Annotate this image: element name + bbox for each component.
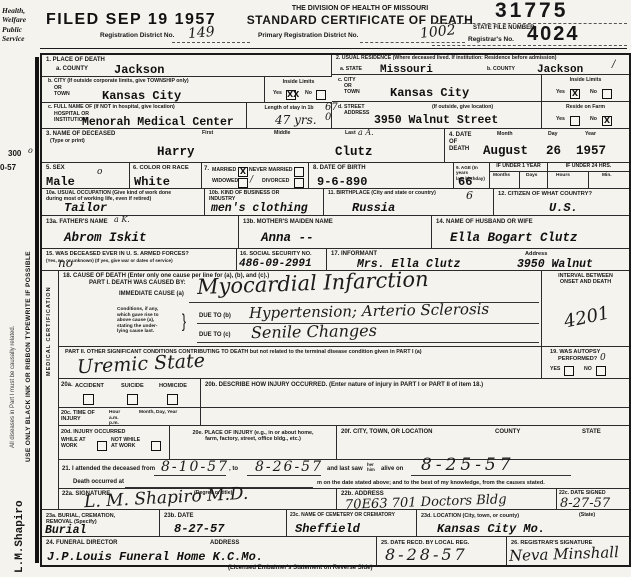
due-to-c-value: Senile Changes [251,323,377,341]
not-while-label: NOT WHILE AT WORK [111,438,140,450]
to-line [247,475,321,476]
sex-value: Male [46,176,75,188]
primary-district-label: Primary Registration District No. [258,33,358,40]
residence-county-label: b. COUNTY [487,67,515,73]
name-label-2: (Type or print) [50,139,85,145]
months-header: Months [493,173,510,179]
due-to-b-label: DUE TO (b) [199,313,231,320]
field-usual-residence: 2. USUAL RESIDENCE (Where deceased lived… [332,55,629,75]
ssn-label: 16. SOCIAL SECURITY NO. [240,251,312,257]
name-label: 3. NAME OF DECEASED [46,131,115,138]
reg-district-value: 149 [187,25,215,41]
birthplace-value: Russia [352,202,395,214]
funeral-director-value: J.P.Louis Funeral Home K.C.Mo. [47,551,263,563]
field-place-of-death: 1. PLACE OF DEATH a. COUNTY Jackson [42,55,332,77]
street-hint: (If outside, give location) [432,105,493,111]
autopsy-no-checkbox [596,366,606,376]
primary-district-value: 1002 [419,23,456,41]
inside-limits-label: Inside Limits [265,77,332,86]
autopsy-label-2: PERFORMED? [558,356,597,362]
last-header-annot: a A. [358,129,374,137]
cemetery-label: 23c. NAME OF CEMETERY OR CREMATORY [290,513,395,519]
registrar-no-label: Registrar's No. [468,37,514,44]
death-occurred-tail: m on the date stated above; and to the b… [317,480,545,486]
suicide-checkbox [127,394,138,405]
field-signature: 22a. SIGNATURE (Degree or title) L. M. S… [59,489,337,510]
to-word: , to [229,466,238,473]
field-registrar-signature: 26. REGISTRAR'S SIGNATURE Neva Minshall [507,537,629,565]
time-of-injury-label: 20c. TIME OF INJURY [61,410,95,422]
while-at-work-checkbox [97,441,107,451]
left-heavy-rule [35,57,39,563]
field-residence-city: c. CITY OR TOWN Kansas City [332,75,542,102]
inside-limits-yes-checkbox: XX [286,90,296,100]
field-ssn: 16. SOCIAL SECURITY NO. 486-09-2991 [237,249,327,271]
reg-district-label: Registration District No. [100,33,174,40]
due-to-b-value: Hypertension; Arterio Sclerosis [249,302,489,321]
divorced-checkbox [294,178,304,188]
autopsy-yes-checkbox [564,366,574,376]
farm-yes-label: Yes [556,117,565,123]
immediate-cause-label: IMMEDIATE CAUSE (a) [119,291,184,298]
field-name-of-deceased: 3. NAME OF DECEASED (Type or print) Firs… [42,129,445,163]
part1-label: PART I. DEATH WAS CAUSED BY: [89,280,186,287]
never-married-label: NEVER MARRIED [249,168,293,174]
due-to-c-line [197,342,539,343]
margin-code-annot: o [28,147,33,155]
month-header: Month [497,132,513,138]
dob-label: 8. DATE OF BIRTH [313,165,366,172]
field-interval: INTERVAL BETWEEN ONSET AND DEATH 4201 [542,271,629,347]
usual-residence-annot: / [612,60,615,70]
reverse-side-note: (Licensed Embalmer's Statement on Revers… [228,565,372,571]
age-value: 66 [458,176,472,188]
hospital-value: Menorah Medical Center [82,117,234,129]
length-of-stay-value: 47 yrs. [275,114,317,126]
days-header: Days [526,173,537,179]
widowed-label: WIDOWED [212,179,238,185]
death-occurred-label: Death occurred at [73,479,124,486]
year-header: Year [585,132,596,138]
industry-value: men's clothing [211,203,308,215]
field-occupation: 10a. USUAL OCCUPATION (Give kind of work… [42,189,205,216]
margin-diseases-note: All diseases in Part I must be causally … [10,248,16,448]
field-spouse-name: 14. NAME OF HUSBAND OR WIFE Ella Bogart … [432,216,629,249]
medical-certification-label: MEDICAL CERTIFICATION [47,272,53,376]
while-at-work-label: WHILE AT WORK [61,438,86,450]
burial-value: Burial [45,525,86,537]
field-inside-limits-2: Inside Limits Yes X No [542,75,629,102]
field-burial-date: 23b. DATE 8-27-57 [160,510,287,537]
farm-yes-checkbox [570,116,580,126]
last-seen-value: 8-25-57 [421,457,515,474]
burial-location-value: Kansas City Mo. [437,523,545,535]
field-injury-occurred: 20d. INJURY OCCURRED WHILE AT WORK NOT W… [59,426,170,460]
place-of-death-title: 1. PLACE OF DEATH [46,57,105,64]
state-file-number-stamp: 31775 [495,0,568,21]
inside-limits-2-label: Inside Limits [542,75,629,84]
part2-value: Uremic State [77,352,206,378]
accident-checkbox [83,394,94,405]
field-if-under-1-year: IF UNDER 1 YEAR Months Days [490,163,548,189]
marital-num: 7. [204,166,209,173]
day-header: Day [548,132,558,138]
field-time-of-injury: 20c. TIME OF INJURY Hour a.m. p.m. Month… [59,408,201,426]
field-accident-suicide-homicide: 20a. ACCIDENT SUICIDE HOMICIDE [59,379,201,408]
registrar-dashed-line [432,45,627,46]
injury-county-label: COUNTY [495,429,520,436]
father-label: 13a. FATHER'S NAME [46,219,108,226]
reg-district-dotted [172,42,250,43]
county-value: Jackson [114,64,164,76]
race-label: 6. COLOR OR RACE [133,165,189,172]
inside-limits-2-yes-checkbox: X [570,89,580,99]
mother-value: Anna -- [261,232,314,245]
field-date-received: 25. DATE RECD. BY LOCAL REG. 8-28-57 [377,537,507,565]
informant-address-value: 3950 Walnut [517,259,593,271]
attended-to: 8-26-57 [255,460,323,474]
city-label: b. CITY (If outside corporate limits, gi… [48,79,260,85]
sex-annot: o [97,168,102,177]
middle-header: Middle [274,131,290,137]
inside-limits-no-checkbox [316,90,326,100]
birthplace-annot: 6 [466,190,473,201]
occupation-value: Tailor [64,202,107,214]
field-age: 9. AGE (In years last birthday) 66 [454,163,490,189]
autopsy-no-label: NO [584,367,592,373]
spouse-value: Ella Bogart Clutz [450,232,578,245]
field-date-of-death: 4. DATE OF DEATH Month Day Year August 2… [445,129,629,163]
margin-code-300: 300 [8,150,21,158]
field-signer-address: 22b. ADDRESS 70E63 701 Doctors Bldg [337,489,557,510]
race-value: White [134,176,170,188]
last-seen-line [411,475,571,476]
date-of-death-label: 4. DATE OF DEATH [449,132,472,153]
describe-injury-label: 20b. DESCRIBE HOW INJURY OCCURRED. (Ente… [205,382,483,389]
field-injury-blank [201,408,629,426]
city-town: TOWN [54,92,70,98]
last-saw-label: and last saw [327,466,363,473]
injury-state-label: STATE [582,429,601,436]
margin-code-057: 0-57 [0,164,16,172]
inside-limits-yes-label: Yes [273,91,282,97]
burial-location-label: 23d. LOCATION (City, town, or county) [421,513,519,519]
medical-certification-strip: MEDICAL CERTIFICATION [42,271,59,510]
field-20a-num: 20a. [61,382,73,389]
under-1-year-divider [519,171,520,189]
reside-farm-label: Reside on Farm [542,102,629,111]
citizen-value: U.S. [549,202,578,214]
field-place-of-injury: 20e. PLACE OF INJURY (e.g., in or about … [170,426,337,460]
burial-date-label: 23b. DATE [164,513,194,520]
last-header: Last [345,131,356,137]
field-attended-statement: 21. I attended the deceased from 8-10-57… [59,460,629,489]
field-if-under-24-hrs: IF UNDER 24 HRS. Hours Min. [548,163,629,189]
funeral-director-label: 24. FUNERAL DIRECTOR [46,540,117,547]
length-of-stay-label: Length of stay in 1b [247,103,331,112]
citizen-label: 12. CITIZEN OF WHAT COUNTRY? [498,191,592,198]
field-hospital: c. FULL NAME OF (If NOT in hospital, giv… [42,103,247,129]
homicide-checkbox [167,394,178,405]
burial-date-value: 8-27-57 [174,523,224,535]
accident-label: ACCIDENT [75,383,104,389]
header-rule [40,48,627,49]
date-received-value: 8-28-57 [385,547,468,563]
suicide-label: SUICIDE [121,383,144,389]
first-name-value: Harry [157,146,195,159]
ssn-value: 486-09-2991 [239,259,312,270]
never-married-checkbox [294,167,304,177]
not-while-checkbox [151,441,161,451]
death-year-value: 1957 [576,145,606,158]
registrar-number-stamp: 4024 [527,24,580,44]
inside-limits-2-no-checkbox [602,89,612,99]
field-father-name: 13a. FATHER'S NAME a K. Abrom Iskit [42,216,239,249]
hours-header: Hours [556,173,570,179]
date-signed-value: 8-27-57 [560,497,610,510]
field-reside-on-farm: Reside on Farm Yes No X [542,102,629,129]
field-informant: 17. INFORMANT Address Mrs. Ella Clutz 39… [327,249,629,271]
widowed-checkbox [238,178,248,188]
death-day-value: 26 [546,145,561,158]
field-city-of-death: b. CITY (If outside corporate limits, gi… [42,77,265,103]
farm-no-checkbox: X [602,116,612,126]
field-burial-location: 23d. LOCATION (City, town, or county) (S… [417,510,629,537]
field-inside-limits-1: Inside Limits Yes XX No [265,77,332,103]
informant-address-label: Address [525,251,547,257]
autopsy-label: 19. WAS AUTOPSY [550,349,600,355]
field-autopsy: 19. WAS AUTOPSY PERFORMED? 0 YES NO [542,347,629,379]
conditions-note: Conditions, if any, which gave rise to a… [117,307,159,335]
attended-from: 8-10-57 [161,460,229,474]
field-date-of-birth: 8. DATE OF BIRTH 9-6-890 [309,163,454,189]
city-value: Kansas City [102,90,181,102]
farm-no-label: No [590,117,597,123]
funeral-address-label: ADDRESS [210,540,239,547]
residence-city-value: Kansas City [390,87,469,99]
street-annotation: 67 0 [325,103,338,123]
field-color-or-race: 6. COLOR OR RACE White [130,163,202,189]
mdy-label: Month, Day, Year [139,410,177,416]
field-street-address: d. STREET ADDRESS (If outside, give loca… [332,102,542,129]
informant-label: 17. INFORMANT [331,251,377,258]
alive-on-label: alive on [381,466,403,473]
armed-forces-label-2: (Yes, no, or unknown) (If yes, give war … [46,258,232,263]
field-funeral-director: 24. FUNERAL DIRECTOR ADDRESS J.P.Louis F… [42,537,377,565]
injury-occurred-label: 20d. INJURY OCCURRED [61,429,125,435]
sex-label: 5. SEX [46,165,65,172]
margin-ink-instruction: USE ONLY BLACK INK OR RIBBON TYPEWRITE I… [26,230,33,462]
last-name-value: Clutz [335,146,373,159]
division-line: THE DIVISION OF HEALTH OF MISSOURI [235,5,485,12]
father-label-annot: a K. [114,216,130,224]
field-citizen: 12. CITIZEN OF WHAT COUNTRY? U.S. [494,189,629,216]
residence-city-town: TOWN [344,90,360,96]
widowed-annot: / [250,176,253,185]
margin-agency-text: Health, Welfare Public Service [2,6,26,44]
injury-city-label: 20f. CITY, TOWN, OR LOCATION [341,429,432,436]
field-burial: 23a. BURIAL, CREMATION, REMOVAL (Specify… [42,510,160,537]
from-line [154,475,226,476]
divorced-label: DIVORCED [262,179,289,185]
birthplace-label: 11. BIRTHPLACE (City and state or countr… [328,191,436,197]
under-24-divider [588,171,589,189]
conditions-brace: } [182,311,186,332]
place-of-injury-label: 20e. PLACE OF INJURY (e.g., in or about … [174,430,332,442]
certificate-form: 1. PLACE OF DEATH a. COUNTY Jackson b. C… [40,53,631,567]
street-label-2: ADDRESS [344,111,369,117]
field-mother-name: 13b. MOTHER'S MAIDEN NAME Anna -- [239,216,432,249]
field-cemetery: 23c. NAME OF CEMETERY OR CREMATORY Sheff… [287,510,417,537]
autopsy-annot: 0 [600,354,606,363]
interval-label: INTERVAL BETWEEN ONSET AND DEATH [542,271,629,285]
field-marital-status: 7. MARRIED X NEVER MARRIED WIDOWED / DIV… [202,163,309,189]
armed-forces-value: no [58,257,73,269]
field-birthplace: 11. BIRTHPLACE (City and state or countr… [324,189,494,216]
first-header: First [202,131,213,137]
inside-limits-2-no-label: No [590,90,597,96]
min-header: Min. [602,173,612,179]
mother-label: 13b. MOTHER'S MAIDEN NAME [243,219,333,226]
street-value: 3950 Walnut Street [374,115,498,127]
spouse-label: 14. NAME OF HUSBAND OR WIFE [436,219,533,226]
death-month-value: August [483,145,528,158]
field-part2-conditions: PART II. OTHER SIGNIFICANT CONDITIONS CO… [59,347,542,379]
field-industry: 10b. KIND OF BUSINESS OR INDUSTRY men's … [205,189,324,216]
field-armed-forces: 15. WAS DECEASED EVER IN U. S. ARMED FOR… [42,249,237,271]
registrar-signature-value: Neva Minshall [509,545,619,564]
field-length-of-stay: Length of stay in 1b 47 yrs. [247,103,332,129]
field-date-signed: 22c. DATE SIGNED 8-27-57 [557,489,629,510]
death-certificate-scan: Health, Welfare Public Service 300 o 0-5… [0,0,631,577]
due-to-c-label: DUE TO (c) [199,332,231,339]
certificate-title: STANDARD CERTIFICATE OF DEATH [215,14,505,26]
father-value: Abrom Iskit [64,232,147,245]
margin-doctor-name-vertical: L.M.Shapiro [15,455,26,573]
autopsy-yes-label: YES [550,367,560,373]
married-label: MARRIED [212,168,236,174]
primary-district-dotted [360,42,465,43]
cemetery-value: Sheffield [295,523,360,535]
inside-limits-2-yes-label: Yes [556,90,565,96]
county-label: a. COUNTY [56,66,88,73]
immediate-cause-value: Myocardial Infarction [197,269,429,298]
attended-pre: 21. I attended the deceased from [62,466,155,473]
field-sex: 5. SEX o Male [42,163,130,189]
inside-limits-no-label: No [305,91,312,97]
field-describe-injury: 20b. DESCRIBE HOW INJURY OCCURRED. (Ente… [201,379,629,408]
married-checkbox: X [238,167,248,177]
interval-value: 4201 [563,304,612,331]
usual-residence-title: 2. USUAL RESIDENCE (Where deceased lived… [336,56,624,62]
her-him-label: her him [367,462,375,472]
state-file-number-label: STATE FILE NUMBER [473,25,534,31]
dob-value: 9-6-890 [317,176,367,188]
field-cause-of-death: 18. CAUSE OF DEATH (Enter only one cause… [59,271,542,347]
burial-location-state-label: (State) [579,513,595,519]
signature-value: L. M. Shapiro M.D. [84,486,249,512]
state-label: a. STATE [340,67,362,73]
homicide-label: HOMICIDE [159,383,187,389]
